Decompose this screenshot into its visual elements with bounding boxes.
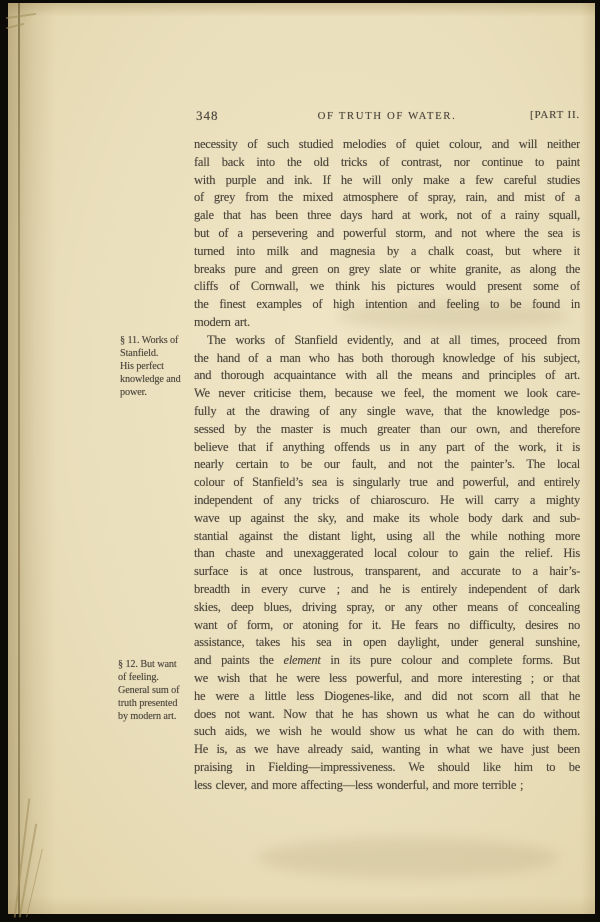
body-text-column: necessity of such studied melodies of qu… — [194, 136, 580, 794]
paragraph-1: necessity of such studied melodies of qu… — [194, 136, 580, 332]
text-line: § 12. But want — [118, 658, 194, 671]
text-line: such aids, we wish he would show us what… — [194, 723, 580, 741]
text-line: than chaste and unexaggerated local colo… — [194, 545, 580, 563]
text-line: we wish that he were less powerful, and … — [194, 670, 580, 688]
text-line: knowledge and — [120, 373, 196, 386]
scanned-book-photo: { "header": { "page_number": "348", "run… — [0, 0, 600, 922]
text-line: gale that has been three days hard at wo… — [194, 207, 580, 225]
text-line: with purple and ink. If he will only mak… — [194, 172, 580, 190]
text-line: and paints the element in its pure colou… — [194, 652, 580, 670]
text-line: want of form, or atoning for it. He fear… — [194, 617, 580, 635]
show-through-smudge — [258, 838, 558, 878]
text-line: We never criticise them, because we feel… — [194, 385, 580, 403]
text-line: Stanfield. — [120, 347, 196, 360]
text-line: skies, deep blues, driving spray, or any… — [194, 599, 580, 617]
text-line: His perfect — [120, 360, 196, 373]
running-title: OF TRUTH OF WATER. — [194, 110, 580, 122]
text-line: General sum of — [118, 684, 194, 697]
paragraph-2: The works of Stanfield evidently, and at… — [194, 332, 580, 795]
text-line: he were a little less Diogenes-like, and… — [194, 688, 580, 706]
text-line: He is, as we have already said, wanting … — [194, 741, 580, 759]
text-line: cliffs of Cornwall, we think his picture… — [194, 278, 580, 296]
text-line: modern art. — [194, 314, 580, 332]
text-line: the hand of a man who has both thorough … — [194, 350, 580, 368]
text-line: breadth in every curve ; and he is entir… — [194, 581, 580, 599]
text-line: necessity of such studied melodies of qu… — [194, 136, 580, 154]
text-line: of grey from the mixed atmosphere of spr… — [194, 189, 580, 207]
page-stack-edge — [6, 23, 24, 29]
text-line: breaks pure and green on grey slate or w… — [194, 261, 580, 279]
page-stack-edge — [6, 13, 36, 19]
text-line: nearly certain to be our fault, and not … — [194, 456, 580, 474]
text-line: praising in Fielding—impressiveness. We … — [194, 759, 580, 777]
text-line: and thorough acquaintance with all the m… — [194, 367, 580, 385]
text-line: wave up against the sky, and make its wh… — [194, 510, 580, 528]
text-line: truth presented — [118, 697, 194, 710]
text-line: fall back into the old tricks of contras… — [194, 154, 580, 172]
text-line: but of a persevering and powerful storm,… — [194, 225, 580, 243]
text-line: stantial against the distant light, usin… — [194, 528, 580, 546]
text-line: the finest examples of high intention an… — [194, 296, 580, 314]
text-line: less clever, and more affecting—less won… — [194, 777, 580, 795]
page-header: 348 OF TRUTH OF WATER. [PART II. — [194, 108, 580, 126]
margin-note-section-11: § 11. Works ofStanfield.His perfectknowl… — [120, 334, 196, 399]
text-line: does not want. Now that he has shown us … — [194, 706, 580, 724]
text-line: by modern art. — [118, 710, 194, 723]
text-line: of feeling. — [118, 671, 194, 684]
text-line: colour of Stanfield’s sea is singularly … — [194, 474, 580, 492]
text-line: fully at the drawing of any single wave,… — [194, 403, 580, 421]
margin-note-section-12: § 12. But wantof feeling.General sum oft… — [118, 658, 194, 723]
text-line: assistance, takes his sea in open daylig… — [194, 634, 580, 652]
text-line: § 11. Works of — [120, 334, 196, 347]
text-line: turned into milk and magnesia by a chalk… — [194, 243, 580, 261]
part-label: [PART II. — [530, 109, 580, 121]
text-line: The works of Stanfield evidently, and at… — [194, 332, 580, 350]
text-line: independent of any tricks of chiaroscuro… — [194, 492, 580, 510]
text-line: sessed by the master is much greater tha… — [194, 421, 580, 439]
page-gutter-fold — [18, 3, 20, 914]
book-page: 348 OF TRUTH OF WATER. [PART II. § 11. W… — [8, 3, 595, 914]
text-line: power. — [120, 386, 196, 399]
text-line: surface is at once lustrous, transparent… — [194, 563, 580, 581]
text-line: believe that if anything offends us in a… — [194, 439, 580, 457]
